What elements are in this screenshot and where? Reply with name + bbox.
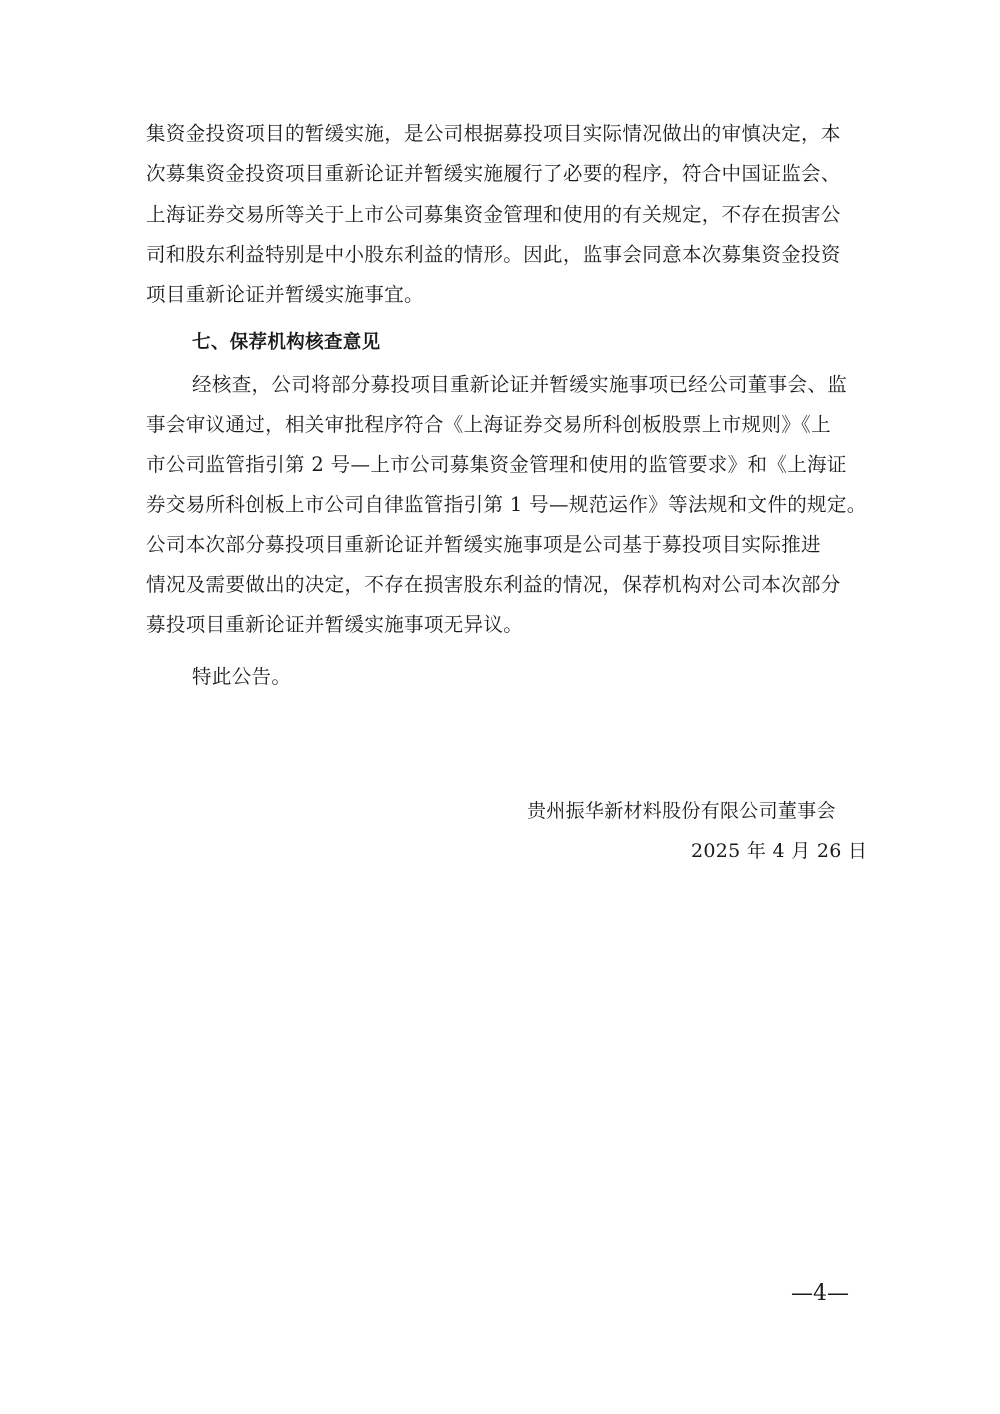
paragraph-2-line-5: 公司本次部分募投项目重新论证并暂缓实施事项是公司基于募投项目实际推进 <box>146 535 821 555</box>
paragraph-1-line-4: 司和股东利益特别是中小股东利益的情形。因此，监事会同意本次募集资金投资 <box>146 245 841 265</box>
paragraph-1-line-3: 上海证券交易所等关于上市公司募集资金管理和使用的有关规定，不存在损害公 <box>146 205 841 225</box>
paragraph-2-line-4: 券交易所科创板上市公司自律监管指引第 1 号—规范运作》等法规和文件的规定。 <box>146 495 867 515</box>
closing-statement: 特此公告。 <box>192 667 291 687</box>
signature-organization: 贵州振华新材料股份有限公司董事会 <box>527 802 836 821</box>
paragraph-2-line-3: 市公司监管指引第 2 号—上市公司募集资金管理和使用的监管要求》和《上海证 <box>146 455 847 475</box>
document-page: 集资金投资项目的暂缓实施，是公司根据募投项目实际情况做出的审慎决定，本 次募集资… <box>0 0 1000 1414</box>
signature-date: 2025 年 4 月 26 日 <box>691 842 867 861</box>
paragraph-2-line-7: 募投项目重新论证并暂缓实施事项无异议。 <box>146 615 523 635</box>
section-heading: 七、保荐机构核查意见 <box>192 334 381 353</box>
paragraph-1-line-5: 项目重新论证并暂缓实施事宜。 <box>146 285 424 305</box>
paragraph-2-line-1: 经核查，公司将部分募投项目重新论证并暂缓实施事项已经公司董事会、监 <box>192 375 847 395</box>
paragraph-1-line-1: 集资金投资项目的暂缓实施，是公司根据募投项目实际情况做出的审慎决定，本 <box>146 124 841 144</box>
paragraph-1-line-2: 次募集资金投资项目重新论证并暂缓实施履行了必要的程序，符合中国证监会、 <box>146 164 841 184</box>
page-number: —4— <box>791 1283 849 1305</box>
paragraph-2-line-6: 情况及需要做出的决定，不存在损害股东利益的情况，保荐机构对公司本次部分 <box>146 575 841 595</box>
paragraph-2-line-2: 事会审议通过，相关审批程序符合《上海证券交易所科创板股票上市规则》《上 <box>146 415 831 435</box>
